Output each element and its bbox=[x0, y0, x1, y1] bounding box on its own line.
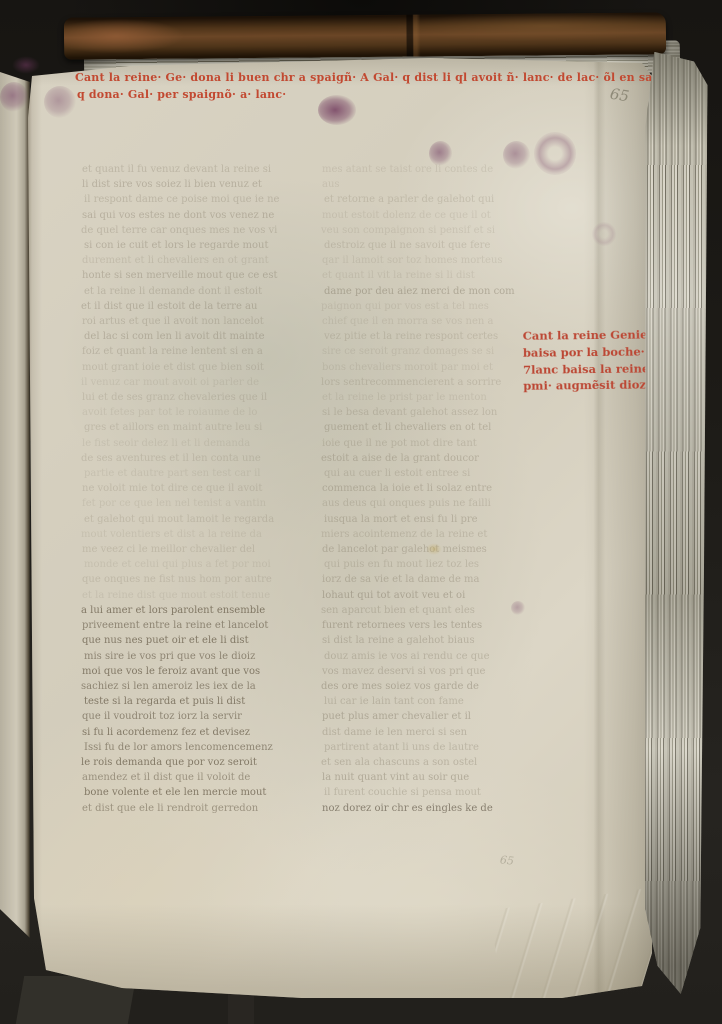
manuscript-text-line: le fist seoir delez li et li demanda bbox=[82, 436, 314, 451]
manuscript-text-line: et quant il vit la reine si li dist bbox=[322, 268, 554, 283]
facing-page-edge bbox=[0, 72, 30, 944]
manuscript-text-line: honte si sen merveille mout que ce est bbox=[82, 268, 314, 283]
manuscript-text-line: vez pitie et la reine respont certes bbox=[324, 329, 556, 344]
manuscript-text-line: sai qui vos estes ne dont vos venez ne bbox=[82, 208, 314, 223]
manuscript-text-line: douz amis ie vos ai rendu ce que bbox=[324, 649, 556, 664]
stain bbox=[12, 56, 40, 74]
manuscript-text-line: si le besa devant galehot assez lon bbox=[322, 405, 554, 420]
manuscript-text-line: veu son compaignon si pensif et si bbox=[321, 223, 553, 238]
stain bbox=[511, 601, 525, 615]
manuscript-text-line: gres et aillors en maint autre leu si bbox=[84, 420, 316, 435]
manuscript-text-line: et la reine li demande dont il estoit bbox=[84, 284, 316, 299]
manuscript-text-line: lui car ie lain tant con fame bbox=[324, 694, 556, 709]
manuscript-text-line: bone volente et ele len mercie mout bbox=[84, 785, 316, 800]
manuscript-text-line: et il dist que il estoit de la terre au bbox=[81, 299, 313, 314]
folio-number-bottom: 65 bbox=[499, 853, 514, 867]
stain bbox=[44, 86, 76, 118]
stain bbox=[318, 95, 356, 125]
manuscript-text-line: aus bbox=[322, 177, 554, 192]
manuscript-text-line: partirent atant li uns de lautre bbox=[324, 740, 556, 755]
manuscript-page: Cant la reine· Ge· dona li buen chr a sp… bbox=[26, 58, 660, 998]
manuscript-text-line: lors sentrecommencierent a sorrire bbox=[321, 375, 553, 390]
manuscript-text-line: sachiez si len ameroiz les iex de la bbox=[81, 679, 313, 694]
manuscript-text-line: puet plus amer chevalier et il bbox=[322, 709, 554, 724]
manuscript-text-line: vos mavez deservi si vos pri que bbox=[322, 664, 554, 679]
manuscript-text-line: iusqua la mort et ensi fu li pre bbox=[324, 512, 556, 527]
stain bbox=[426, 543, 442, 555]
manuscript-text-line: et la reine dist que mout estoit tenue bbox=[82, 588, 314, 603]
manuscript-text-line: il respont dame ce poise moi que ie ne bbox=[84, 192, 316, 207]
manuscript-text-line: guement et li chevaliers en ot tel bbox=[324, 420, 556, 435]
manuscript-text-line: me veez ci le meillor chevalier del bbox=[82, 542, 314, 557]
manuscript-text-line: et sen ala chascuns a son ostel bbox=[321, 755, 553, 770]
manuscript-text-line: qar il lamoit sor toz homes morteus bbox=[322, 253, 554, 268]
manuscript-text-line: paignon qui por vos est a tel mes bbox=[321, 299, 553, 314]
manuscript-text-line: a lui amer et lors parolent ensemble bbox=[81, 603, 313, 618]
manuscript-text-line: avoit fetes par tot le roiaume de lo bbox=[82, 405, 314, 420]
manuscript-text-line: qui puis en fu mout liez toz les bbox=[324, 557, 556, 572]
manuscript-text-line: miers acointemenz de la reine et bbox=[321, 527, 553, 542]
manuscript-text-line: moi que vos le feroiz avant que vos bbox=[82, 664, 314, 679]
manuscript-text-line: foiz et quant la reine lentent si en a bbox=[82, 344, 314, 359]
manuscript-text-line: et quant il fu venuz devant la reine si bbox=[82, 162, 314, 177]
stain bbox=[592, 222, 616, 246]
manuscript-text-line: monde et celui qui plus a fet por moi bbox=[84, 557, 316, 572]
manuscript-text-line: le rois demanda que por voz seroit bbox=[81, 755, 313, 770]
manuscript-text-line: chief que il en morra se vos nen a bbox=[322, 314, 554, 329]
manuscript-text-line: furent retornees vers les tentes bbox=[322, 618, 554, 633]
manuscript-text-line: qui au cuer li estoit entree si bbox=[324, 466, 556, 481]
manuscript-text-line: il furent couchie si pensa mout bbox=[324, 785, 556, 800]
manuscript-text-line: ne voloit mie tot dire ce que il avoit bbox=[82, 481, 314, 496]
manuscript-text-line: dist dame ie len merci si sen bbox=[322, 725, 554, 740]
manuscript-text-line: mout grant ioie et dist que bien soit bbox=[82, 360, 314, 375]
folio-number-top: 65 bbox=[609, 85, 631, 106]
manuscript-text-line: sire ce seroit granz domages se si bbox=[322, 344, 554, 359]
manuscript-text-line: durement et li chevaliers en ot grant bbox=[82, 253, 314, 268]
manuscript-text-line: bons chevaliers moroit par moi et bbox=[322, 360, 554, 375]
stain bbox=[534, 132, 576, 175]
rubric-line-2: q dona· Gal· per spaignõ· a· lanc· bbox=[77, 86, 286, 103]
manuscript-text-line: si dist la reine a galehot biaus bbox=[322, 633, 554, 648]
text-column-right: mes atant se taist ore li contes deauset… bbox=[322, 162, 554, 816]
manuscript-text-line: lui et de ses granz chevaleries que il bbox=[82, 390, 314, 405]
manuscript-text-line: partie et dautre part sen test car il bbox=[84, 466, 316, 481]
manuscript-text-line: il venuz car mout avoit oi parler de bbox=[81, 375, 313, 390]
manuscript-text-line: si fu li acordemenz fez et devisez bbox=[82, 725, 314, 740]
stain bbox=[503, 141, 530, 169]
manuscript-text-line: teste si la regarda et puis li dist bbox=[84, 694, 316, 709]
manuscript-text-line: li dist sire vos soiez li bien venuz et bbox=[82, 177, 314, 192]
manuscript-text-line: dame por deu aiez merci de mon com bbox=[324, 284, 556, 299]
manuscript-text-line: et retorne a parler de galehot qui bbox=[324, 192, 556, 207]
text-column-left: et quant il fu venuz devant la reine sil… bbox=[82, 162, 314, 816]
manuscript-text-line: mout volentiers et dist a la reine da bbox=[81, 527, 313, 542]
manuscript-text-line: mis sire ie vos pri que vos le dioiz bbox=[84, 649, 316, 664]
rubric-line-1: Cant la reine· Ge· dona li buen chr a sp… bbox=[75, 69, 714, 86]
manuscript-text-line: fet por ce que len nel tenist a vantin bbox=[82, 496, 314, 511]
manuscript-text-line: que onques ne fist nus hom por autre bbox=[82, 572, 314, 587]
manuscript-text-line: des ore mes soiez vos garde de bbox=[321, 679, 553, 694]
manuscript-text-line: mout estoit dolenz de ce que il ot bbox=[322, 208, 554, 223]
leather-spine bbox=[64, 12, 666, 59]
manuscript-text-line: del lac si com len li avoit dit mainte bbox=[84, 329, 316, 344]
manuscript-text-line: priveement entre la reine et lancelot bbox=[82, 618, 314, 633]
manuscript-text-line: destroiz que il ne savoit que fere bbox=[324, 238, 556, 253]
manuscript-text-line: aus deus qui onques puis ne failli bbox=[322, 496, 554, 511]
stain bbox=[0, 82, 28, 112]
manuscript-text-line: Issi fu de lor amors lencomencemenz bbox=[84, 740, 316, 755]
manuscript-text-line: si con ie cuit et lors le regarde mout bbox=[84, 238, 316, 253]
stain bbox=[429, 141, 452, 166]
manuscript-text-line: et dist que ele li rendroit gerredon bbox=[82, 801, 314, 816]
manuscript-text-line: noz dorez oir chr es eingles ke de bbox=[322, 801, 554, 816]
manuscript-text-line: et la reine le prist par le menton bbox=[322, 390, 554, 405]
manuscript-text-line: la nuit quant vint au soir que bbox=[322, 770, 554, 785]
page-edges-right bbox=[642, 52, 707, 994]
manuscript-text-line: estoit a aise de la grant doucor bbox=[321, 451, 553, 466]
manuscript-text-line: de quel terre car onques mes ne vos vi bbox=[81, 223, 313, 238]
manuscript-text-line: et galehot qui mout lamoit le regarda bbox=[84, 512, 316, 527]
manuscript-text-line: roi artus et que il avoit non lancelot bbox=[82, 314, 314, 329]
manuscript-text-line: que nus nes puet oir et ele li dist bbox=[82, 633, 314, 648]
manuscript-text-line: iorz de sa vie et la dame de ma bbox=[322, 572, 554, 587]
manuscript-text-line: amendez et il dist que il voloit de bbox=[82, 770, 314, 785]
manuscript-text-line: ioie que il ne pot mot dire tant bbox=[322, 436, 554, 451]
manuscript-text-line: commenca la ioie et li solaz entre bbox=[322, 481, 554, 496]
manuscript-text-line: que il voudroit toz iorz la servir bbox=[82, 709, 314, 724]
manuscript-text-line: de ses aventures et il len conta une bbox=[81, 451, 313, 466]
photo-background: { "photo": { "description": "Medieval ma… bbox=[0, 0, 722, 1024]
